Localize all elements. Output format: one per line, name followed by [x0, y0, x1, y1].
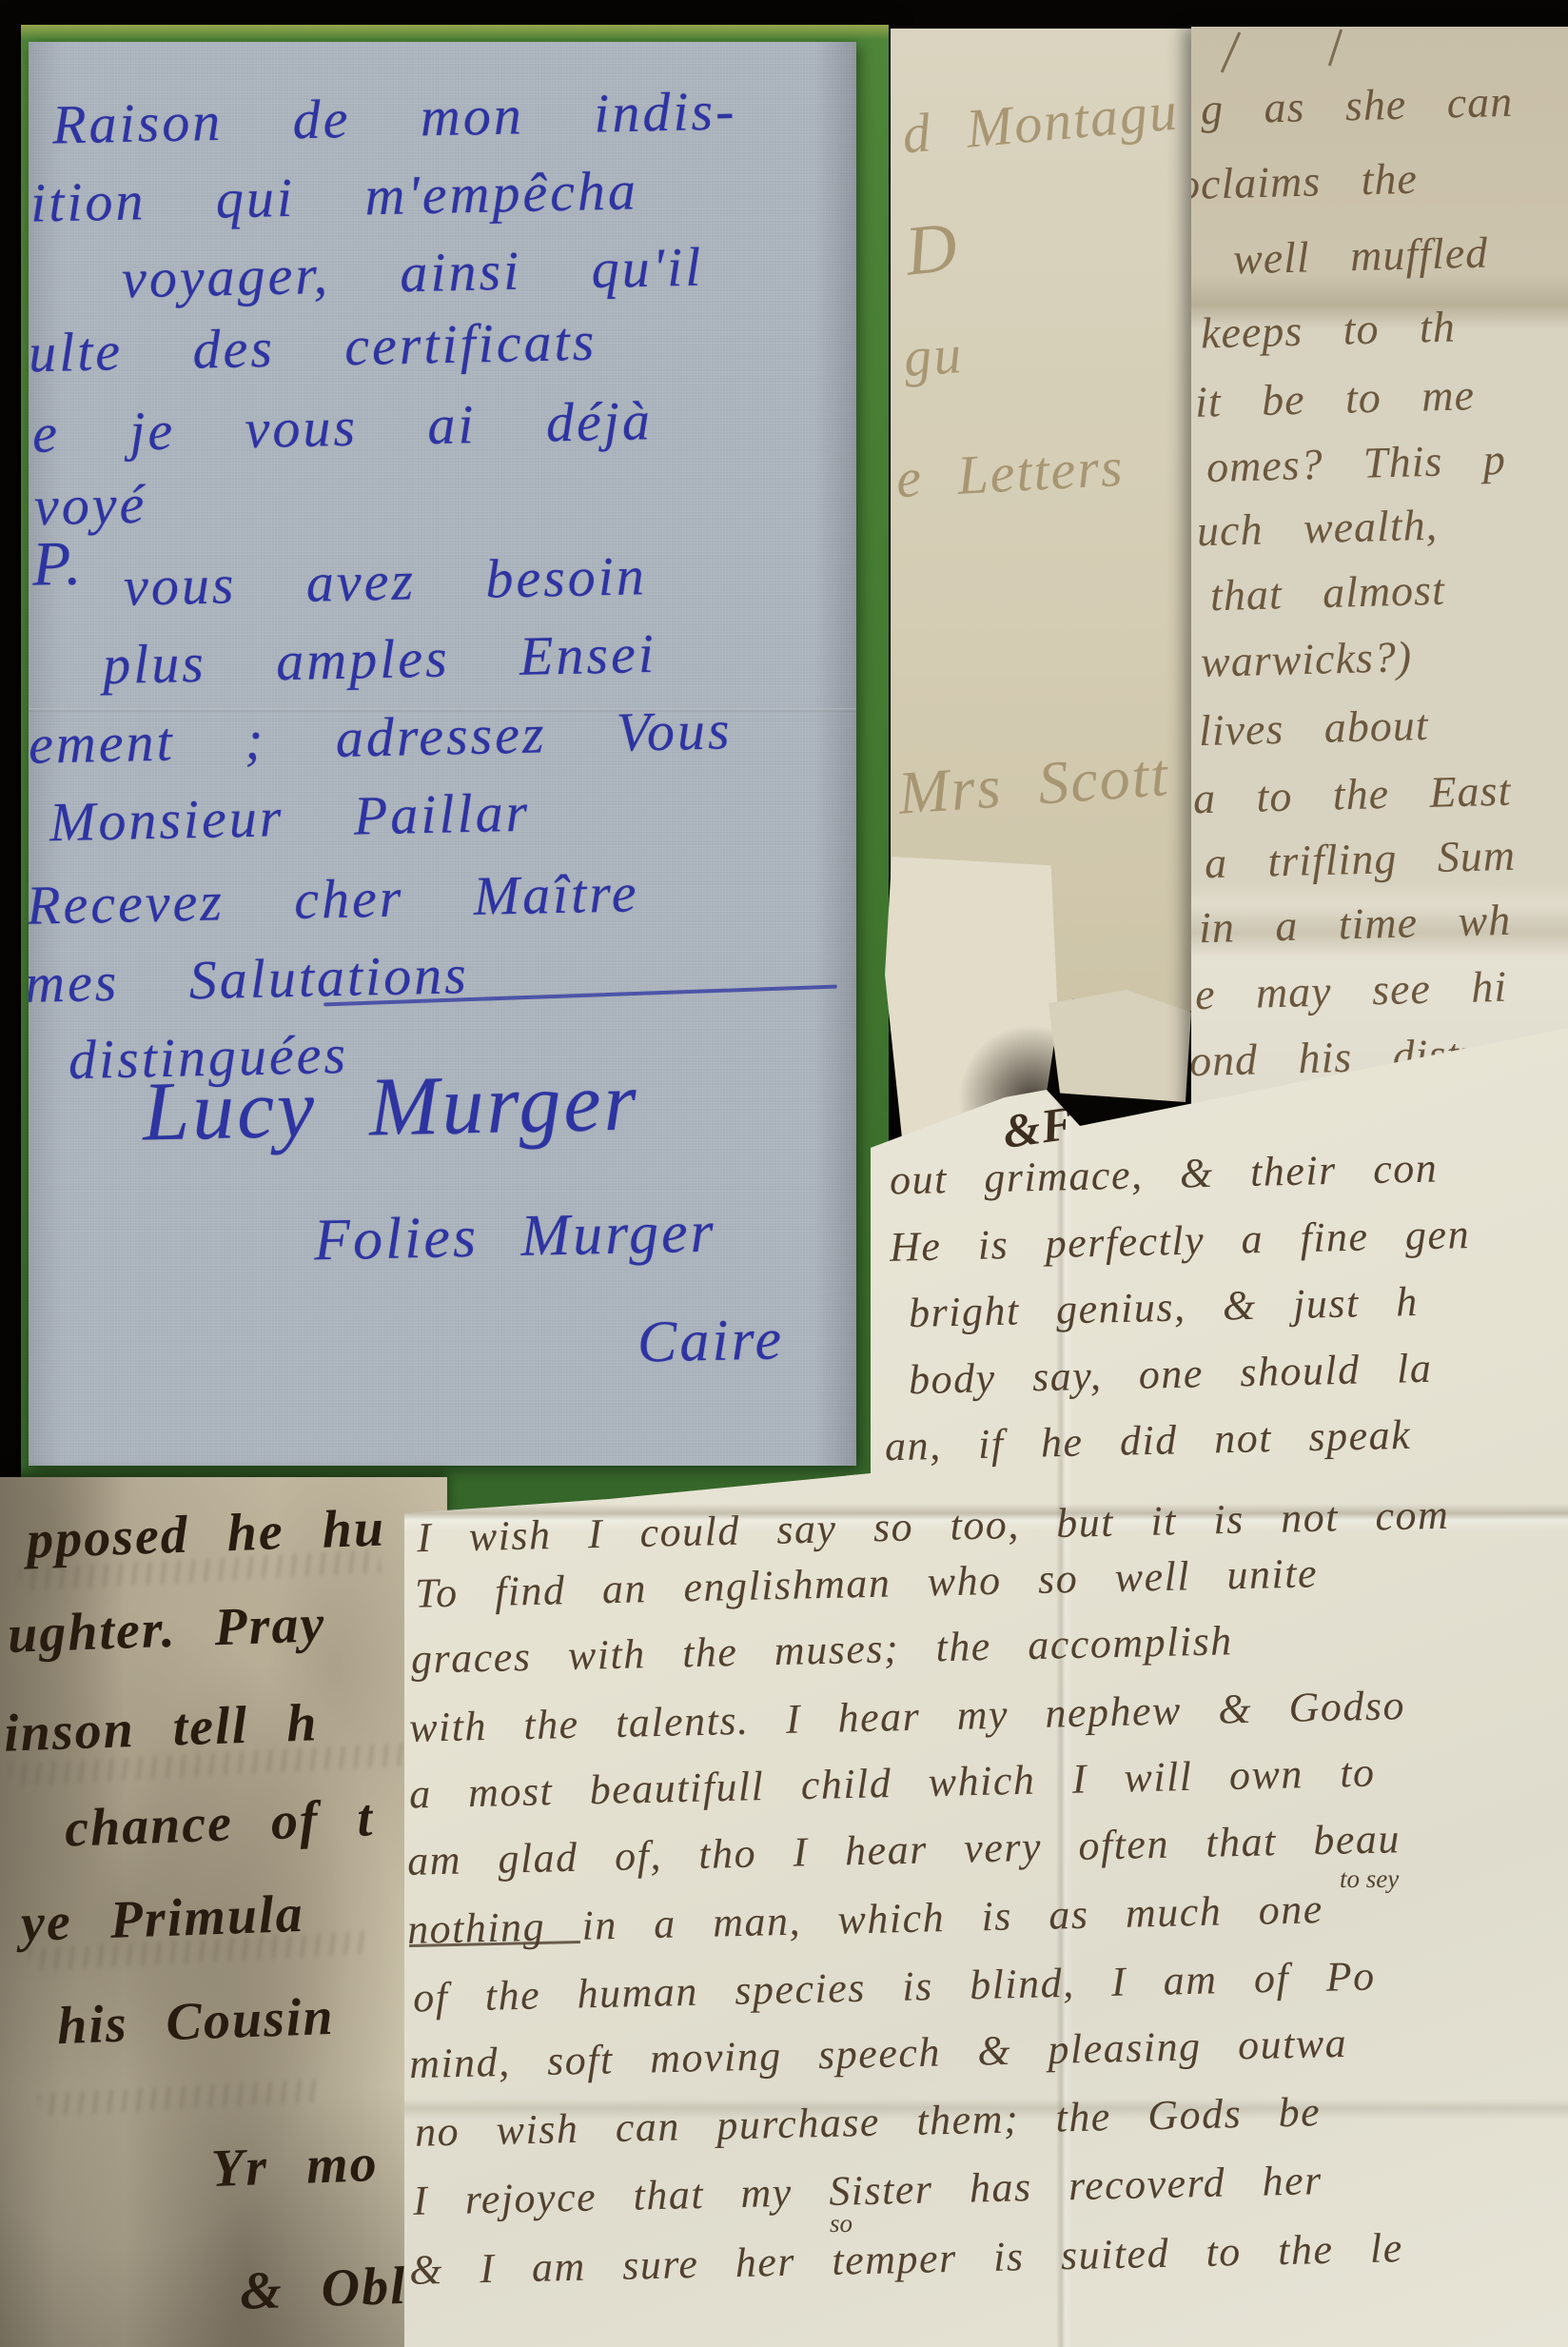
handwritten-line: an, if he did not speak: [885, 1414, 1412, 1469]
handwritten-line: well muffled: [1232, 230, 1488, 281]
pen-stroke: [1328, 30, 1343, 67]
handwritten-line: voyé: [33, 477, 147, 534]
handwritten-line: ition qui m'empêcha: [29, 163, 638, 230]
handwritten-line: He is perfectly a fine gen: [890, 1213, 1471, 1269]
handwritten-line: Monsieur Paillar: [49, 785, 530, 851]
docket-line-mrs-scott: Mrs Scott: [896, 744, 1171, 824]
handwritten-line: oclaims the: [1191, 157, 1418, 207]
handwritten-line: a trifling Sum: [1204, 834, 1516, 886]
handwritten-line: his Cousin: [56, 1990, 335, 2053]
handwritten-line: voyager, ainsi qu'il: [121, 240, 703, 307]
signature-lucy-murger: Lucy Murger: [142, 1061, 639, 1155]
handwritten-line: vous avez besoin: [123, 548, 647, 615]
handwritten-line: ulte des certificats: [29, 314, 598, 381]
handwritten-line: Caire: [637, 1310, 784, 1371]
torn-paper-fragment: [1049, 990, 1191, 1102]
handwritten-line: plus amples Ensei: [102, 626, 657, 693]
docket-line: d Montagu: [900, 83, 1181, 162]
handwritten-line: mind, soft moving speech & pleasing outw…: [409, 2022, 1348, 2085]
handwritten-flourish: P.: [31, 532, 85, 596]
docket-line: gu: [902, 326, 965, 385]
handwritten-line: I rejoyce that my Sister has recoverd he…: [413, 2160, 1323, 2222]
english-letter-right: g as she can oclaims the well muffled ke…: [1191, 27, 1568, 1140]
pen-stroke: [1221, 31, 1241, 72]
handwritten-line: omes? This p: [1205, 438, 1506, 489]
handwritten-line: Folies Murger: [313, 1203, 716, 1271]
paper-crease: [29, 708, 856, 712]
handwritten-line: e may see hi: [1194, 965, 1507, 1017]
superscript-insertion: to sey: [1340, 1864, 1399, 1894]
superscript-insertion: so: [830, 2209, 853, 2239]
handwritten-line: a to the East: [1192, 769, 1511, 821]
handwritten-line: ughter. Pray: [7, 1597, 326, 1662]
handwritten-line: that almost: [1209, 568, 1445, 618]
ink-bleedthrough: [38, 2079, 324, 2117]
handwritten-line: a most beautifull child which I will own…: [409, 1751, 1376, 1815]
handwritten-line: & I am sure her temper is suited to the …: [409, 2227, 1404, 2292]
handwritten-line: chance of t: [64, 1791, 375, 1855]
handwritten-line: Raison de mon indis-: [51, 83, 736, 152]
handwritten-line: of the human species is blind, I am of P…: [413, 1956, 1376, 2020]
handwritten-line: bright genius, & just h: [909, 1281, 1420, 1334]
handwritten-line: e je vous ai déjà: [31, 393, 653, 462]
handwritten-line: am glad of, tho I hear very often that b…: [407, 1818, 1401, 1883]
handwritten-line: Recevez cher Maître: [29, 865, 639, 933]
handwritten-line: warwicks?): [1200, 635, 1412, 684]
handwritten-line: uch wealth,: [1196, 503, 1438, 554]
handwritten-line: it be to me: [1194, 373, 1475, 424]
handwritten-line: To find an englishman who so well unite: [415, 1552, 1319, 1615]
handwritten-line: no wish can purchase them; the Gods be: [415, 2091, 1322, 2154]
handwritten-line: Yr mo: [210, 2137, 379, 2196]
handwritten-line: body say, one should la: [909, 1348, 1433, 1401]
handwritten-line: g as she can: [1200, 80, 1513, 132]
handwritten-line: lives about: [1198, 703, 1429, 753]
french-letter-page: Raison de mon indis- ition qui m'empêcha…: [29, 42, 856, 1466]
stained-letter-page: pposed he hu ughter. Pray inson tell h c…: [0, 1477, 447, 2347]
handwritten-line: with the talents. I hear my nephew & God…: [409, 1685, 1406, 1749]
handwritten-line: ement ; adressez Vous: [29, 702, 733, 772]
ink-monogram: &F: [1000, 1098, 1077, 1155]
handwritten-line: graces with the muses; the accomplish: [411, 1620, 1233, 1681]
handwritten-line: out grimace, & their con: [890, 1147, 1439, 1201]
docket-flourish: D: [902, 211, 962, 286]
handwritten-line: keeps to th: [1200, 306, 1456, 356]
docket-line: e Letters: [895, 440, 1126, 506]
handwritten-line: in a time wh: [1198, 898, 1511, 951]
photo-of-handwritten-letters: Raison de mon indis- ition qui m'empêcha…: [0, 0, 1568, 2347]
